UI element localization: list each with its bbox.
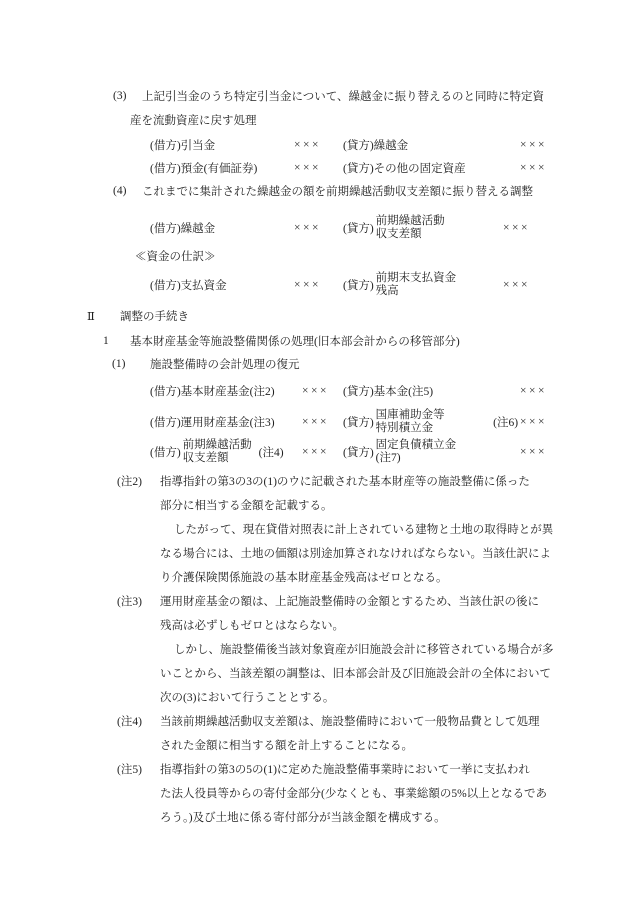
note-label: (注3) — [117, 593, 142, 609]
journal-row: (借方)預金(有価証券) ××× (貸方)その他の固定資産 ××× — [0, 159, 630, 176]
item-title-line: 施設整備時の会計処理の復元 — [150, 356, 300, 372]
note-row: なる場合には、土地の価額は別途加算されなければならない。当該仕訳によ — [0, 544, 630, 561]
debit-amount: ××× — [294, 222, 321, 234]
section-title: 調整の手続き — [120, 308, 189, 324]
credit-label: (貸方) 国庫補助金等 特別積立金 — [343, 409, 445, 435]
debit-account: 引当金 — [181, 137, 216, 153]
note-label: (注4) — [117, 713, 142, 729]
debit-label: (借方)基本財産基金(注2) — [150, 383, 275, 399]
item-3-heading-cont: 産を流動資産に戻す処理 — [0, 111, 630, 128]
item-4-heading: (4) これまでに集計された繰越金の額を前期繰越活動収支差額に振り替える調整 — [0, 182, 630, 199]
debit-prefix: (借方) — [150, 383, 181, 399]
debit-label: (借方)引当金 — [150, 137, 215, 153]
debit-account: 基本財産基金(注2) — [181, 383, 275, 399]
credit-label: (貸方)基本金(注5) — [343, 383, 433, 399]
debit-prefix: (借方) — [150, 444, 181, 460]
credit-account-line1: 前期末支払資金 — [376, 272, 457, 285]
section-2-heading: Ⅱ 調整の手続き — [0, 307, 630, 324]
debit-amount: ××× — [294, 279, 321, 291]
credit-amount: ××× — [520, 139, 547, 151]
note-line: された金額に相当する額を計上することになる。 — [160, 737, 413, 753]
credit-amount: ××× — [503, 222, 530, 234]
debit-account: 預金(有価証券) — [181, 160, 258, 176]
credit-account-line1: 固定負債積立金 — [376, 439, 457, 452]
note-line: 残高は必ずしもゼロとはならない。 — [160, 617, 344, 633]
credit-account-line2: 収支差額 — [376, 228, 445, 241]
subsection-number: 1 — [103, 335, 109, 347]
note-line: り介護保険関係施設の基本財産基金残高はゼロとなる。 — [160, 569, 448, 585]
fund-journal-heading: ≪資金の仕訳≫ — [135, 248, 216, 264]
credit-amount: ××× — [520, 416, 547, 428]
credit-prefix: (貸方) — [343, 444, 374, 460]
subsection-1-heading: 1 基本財産基金等施設整備関係の処理(旧本部会計からの移管部分) — [0, 332, 630, 349]
debit-prefix: (借方) — [150, 220, 181, 236]
note-row: 次の(3)において行うこととする。 — [0, 688, 630, 705]
journal-row: (借方)支払資金 ××× (貸方) 前期末支払資金 残高 ××× — [0, 271, 630, 299]
journal-row: (借方)基本財産基金(注2) ××× (貸方)基本金(注5) ××× — [0, 382, 630, 399]
debit-amount: ××× — [294, 162, 321, 174]
note-line: 運用財産基金の額は、上記施設整備時の金額とするため、当該仕訳の後に — [160, 593, 539, 609]
debit-amount: ××× — [302, 416, 329, 428]
section-numeral: Ⅱ — [87, 309, 95, 323]
journal-row: (借方) 前期繰越活動 収支差額 (注4) ××× (貸方) 固定負債積立金 (… — [0, 438, 630, 466]
note-row: しかし、施設整備後当該対象資産が旧施設会計に移管されている場合が多 — [0, 640, 630, 657]
item-1-heading: (1) 施設整備時の会計処理の復元 — [0, 355, 630, 372]
note-line: 部分に相当する金額を記載する。 — [160, 497, 333, 513]
debit-label: (借方) 前期繰越活動 収支差額 (注4) — [150, 439, 284, 465]
note-line: 指導指針の第3の3の(1)のウに記載された基本財産等の施設整備に係った — [160, 473, 530, 489]
debit-label: (借方)繰越金 — [150, 220, 215, 236]
item-title-line: 産を流動資産に戻す処理 — [130, 112, 257, 128]
credit-prefix: (貸方) — [343, 277, 374, 293]
debit-label: (借方)運用財産基金(注3) — [150, 414, 275, 430]
subsection-title: 基本財産基金等施設整備関係の処理(旧本部会計からの移管部分) — [130, 333, 460, 349]
item-number: (3) — [113, 90, 126, 102]
note-line: 指導指針の第3の5の(1)に定めた施設整備事業時において一挙に支払われ — [160, 761, 530, 777]
debit-prefix: (借方) — [150, 414, 181, 430]
note-row: いことから、当該差額の調整は、旧本部会計及び旧施設会計の全体において — [0, 664, 630, 681]
note-row: ろう。)及び土地に係る寄付部分が当該金額を構成する。 — [0, 808, 630, 825]
note-row: された金額に相当する額を計上することになる。 — [0, 736, 630, 753]
debit-account-line2: 収支差額 — [183, 452, 252, 465]
debit-account: 繰越金 — [181, 220, 216, 236]
credit-prefix: (貸方) — [343, 160, 374, 176]
credit-amount: ××× — [520, 385, 547, 397]
debit-prefix: (借方) — [150, 137, 181, 153]
debit-label: (借方)支払資金 — [150, 277, 227, 293]
debit-amount: ××× — [302, 446, 329, 458]
debit-prefix: (借方) — [150, 160, 181, 176]
note-line: したがって、現在貸借対照表に計上されている建物と土地の取得時とが異 — [174, 521, 553, 537]
note-line: 次の(3)において行うこととする。 — [160, 689, 334, 705]
debit-amount: ××× — [294, 139, 321, 151]
note-label: (注5) — [117, 761, 142, 777]
credit-prefix: (貸方) — [343, 414, 374, 430]
document-page: (3) 上記引当金のうち特定引当金について、繰越金に振り替えるのと同時に特定資 … — [0, 0, 630, 916]
note-line: なる場合には、土地の価額は別途加算されなければならない。当該仕訳によ — [160, 545, 551, 561]
note-row: (注2) 指導指針の第3の3の(1)のウに記載された基本財産等の施設整備に係った — [0, 472, 630, 489]
credit-label: (貸方)繰越金 — [343, 137, 408, 153]
item-number: (4) — [113, 185, 126, 197]
note-line: 当該前期繰越活動収支差額は、施設整備時において一般物品費として処理 — [160, 713, 540, 729]
item-title-line: 上記引当金のうち特定引当金について、繰越金に振り替えるのと同時に特定資 — [142, 88, 544, 104]
note-line: ろう。)及び土地に係る寄付部分が当該金額を構成する。 — [160, 809, 446, 825]
credit-amount-group: (注6) ××× — [493, 414, 547, 430]
credit-prefix: (貸方) — [343, 137, 374, 153]
credit-account: 基本金(注5) — [374, 383, 433, 399]
credit-prefix: (貸方) — [343, 383, 374, 399]
note-row: た法人役員等からの寄付金部分(少なくとも、事業総額の5%以上となるであ — [0, 784, 630, 801]
credit-account-line2: (注7) — [376, 452, 457, 465]
debit-amount: ××× — [302, 385, 329, 397]
note-row: 部分に相当する金額を記載する。 — [0, 496, 630, 513]
credit-label: (貸方) 固定負債積立金 (注7) — [343, 439, 456, 465]
fund-journal-heading-row: ≪資金の仕訳≫ — [0, 247, 630, 264]
credit-prefix: (貸方) — [343, 220, 374, 236]
credit-amount: ××× — [520, 446, 547, 458]
credit-account: その他の固定資産 — [374, 160, 466, 176]
credit-account-line1: 前期繰越活動 — [376, 215, 445, 228]
note-line: た法人役員等からの寄付金部分(少なくとも、事業総額の5%以上となるであ — [160, 785, 547, 801]
journal-row: (借方)繰越金 ××× (貸方) 前期繰越活動 収支差額 ××× — [0, 214, 630, 242]
debit-note-ref: (注4) — [259, 444, 284, 460]
debit-label: (借方)預金(有価証券) — [150, 160, 257, 176]
note-line: いことから、当該差額の調整は、旧本部会計及び旧施設会計の全体において — [160, 665, 551, 681]
credit-account-line1: 国庫補助金等 — [376, 409, 445, 422]
credit-note-ref: (注6) — [493, 414, 518, 430]
debit-account-line1: 前期繰越活動 — [183, 439, 252, 452]
credit-account-line2: 残高 — [376, 285, 457, 298]
credit-account: 繰越金 — [374, 137, 409, 153]
credit-label: (貸方) 前期繰越活動 収支差額 — [343, 215, 445, 241]
note-row: (注4) 当該前期繰越活動収支差額は、施設整備時において一般物品費として処理 — [0, 712, 630, 729]
credit-account-line2: 特別積立金 — [376, 422, 445, 435]
item-number: (1) — [112, 358, 125, 370]
credit-amount: ××× — [503, 279, 530, 291]
note-row: 残高は必ずしもゼロとはならない。 — [0, 616, 630, 633]
debit-account: 運用財産基金(注3) — [181, 414, 275, 430]
note-row: したがって、現在貸借対照表に計上されている建物と土地の取得時とが異 — [0, 520, 630, 537]
note-row: (注3) 運用財産基金の額は、上記施設整備時の金額とするため、当該仕訳の後に — [0, 592, 630, 609]
note-row: り介護保険関係施設の基本財産基金残高はゼロとなる。 — [0, 568, 630, 585]
note-row: (注5) 指導指針の第3の5の(1)に定めた施設整備事業時において一挙に支払われ — [0, 760, 630, 777]
credit-label: (貸方)その他の固定資産 — [343, 160, 466, 176]
journal-row: (借方)運用財産基金(注3) ××× (貸方) 国庫補助金等 特別積立金 (注6… — [0, 408, 630, 436]
debit-account: 支払資金 — [181, 277, 227, 293]
debit-prefix: (借方) — [150, 277, 181, 293]
credit-label: (貸方) 前期末支払資金 残高 — [343, 272, 456, 298]
credit-amount: ××× — [520, 162, 547, 174]
journal-row: (借方)引当金 ××× (貸方)繰越金 ××× — [0, 136, 630, 153]
item-3-heading: (3) 上記引当金のうち特定引当金について、繰越金に振り替えるのと同時に特定資 — [0, 87, 630, 104]
note-line: しかし、施設整備後当該対象資産が旧施設会計に移管されている場合が多 — [174, 641, 554, 657]
item-title-line: これまでに集計された繰越金の額を前期繰越活動収支差額に振り替える調整 — [142, 183, 533, 199]
note-label: (注2) — [117, 473, 142, 489]
